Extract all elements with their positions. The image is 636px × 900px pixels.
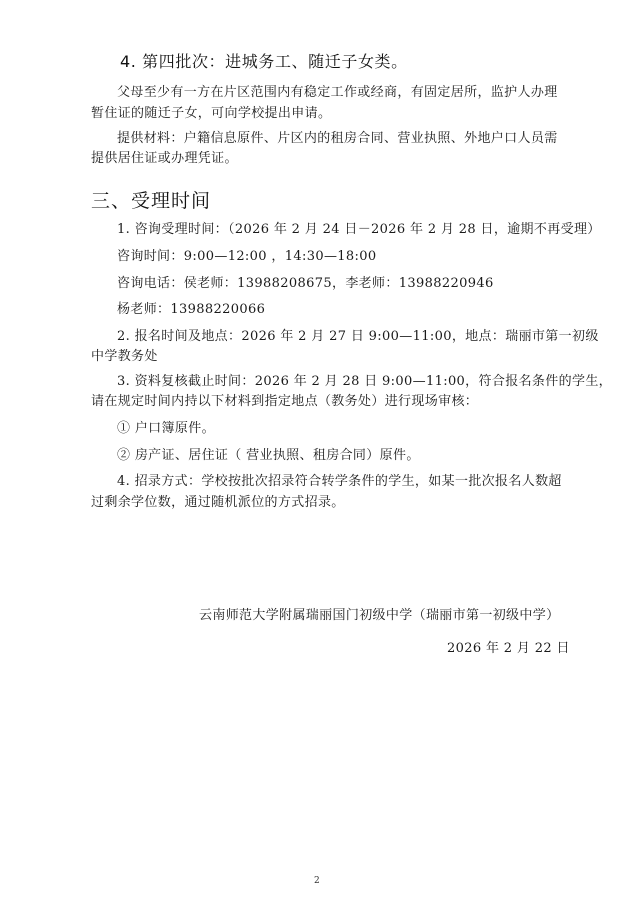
registration-line1: 2. 报名时间及地点：2026 年 2 月 27 日 9:00—11:00，地点…: [117, 329, 599, 345]
signature-org: 云南师范大学附属瑞丽国门初级中学（瑞丽市第一初级中学）: [199, 608, 559, 624]
document-page: 4. 第四批次：进城务工、随迁子女类。 父母至少有一方在片区范围内有稳定工作或经…: [0, 0, 636, 900]
batch4-heading: 4. 第四批次：进城务工、随迁子女类。: [120, 52, 408, 72]
material-1: ① 户口簿原件。: [117, 421, 215, 437]
page-number: 2: [314, 876, 320, 886]
consult-phone: 咨询电话：侯老师：13988208675，李老师：13988220946: [117, 276, 494, 292]
batch4-para1-line2: 暂住证的随迁子女，可向学校提出申请。: [91, 106, 331, 122]
batch4-para2-line2: 提供居住证或办理凭证。: [91, 151, 238, 167]
batch4-para1-line1: 父母至少有一方在片区范围内有稳定工作或经商，有固定居所，监护人办理: [117, 85, 558, 101]
review-deadline-line1: 3. 资料复核截止时间：2026 年 2 月 28 日 9:00—11:00，符…: [117, 374, 612, 390]
material-2: ② 房产证、居住证（ 营业执照、租房合同）原件。: [117, 448, 420, 464]
signature-date: 2026 年 2 月 22 日: [447, 641, 570, 657]
consult-phone-2: 杨老师：13988220066: [117, 302, 265, 318]
batch4-para2-line1: 提供材料：户籍信息原件、片区内的租房合同、营业执照、外地户口人员需: [117, 131, 558, 147]
section3-heading: 三、受理时间: [91, 189, 211, 213]
admission-method-line1: 4. 招录方式：学校按批次招录符合转学条件的学生，如某一批次报名人数超: [117, 474, 562, 490]
consult-period: 1. 咨询受理时间：（2026 年 2 月 24 日－2026 年 2 月 28…: [117, 222, 601, 238]
review-deadline-line2: 请在规定时间内持以下材料到指定地点（教务处）进行现场审核：: [91, 394, 478, 410]
registration-line2: 中学教务处: [91, 349, 158, 365]
admission-method-line2: 过剩余学位数，通过随机派位的方式招录。: [91, 495, 345, 511]
consult-hours: 咨询时间：9:00—12:00 ，14:30—18:00: [117, 249, 377, 265]
